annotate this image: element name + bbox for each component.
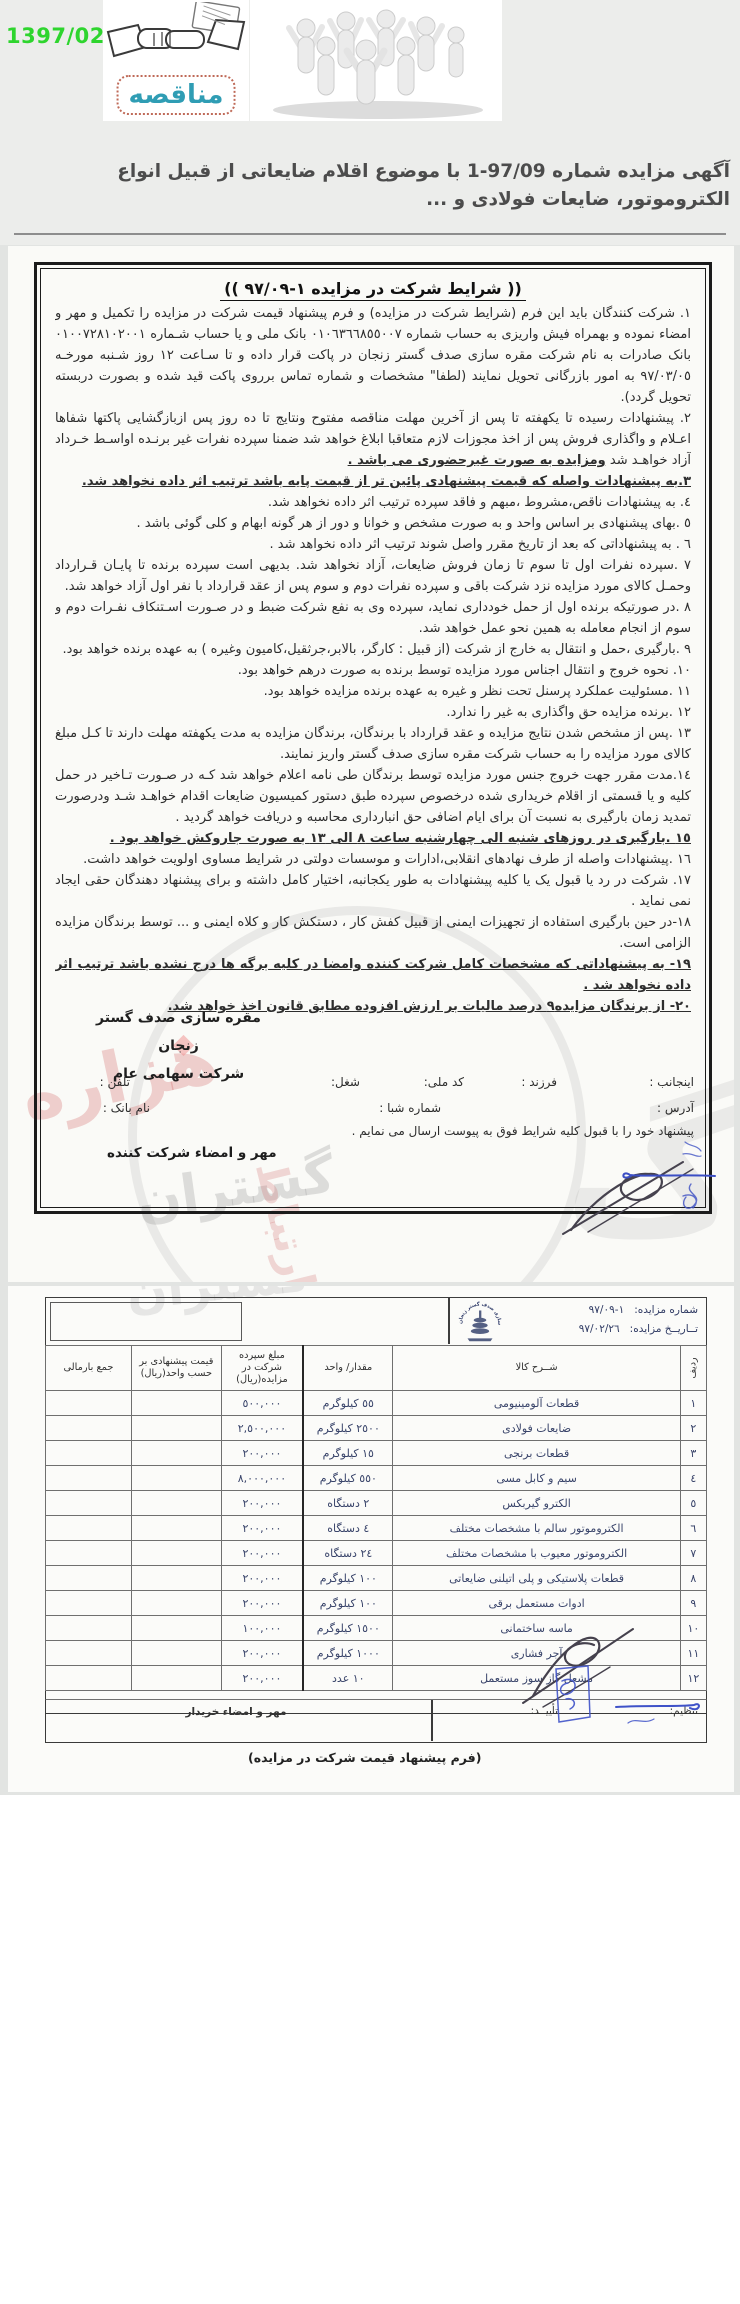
auction-date-line: تــاريــخ مزايده:٩٧/٠٢/٢٦ [579, 1320, 698, 1339]
row-number: ١ [680, 1391, 706, 1416]
clause-text: ١٧. شرکت در رد يا قبول يک يا کليه پيشنها… [55, 873, 691, 909]
divider [14, 233, 726, 235]
clause-text: ١٥ .بارگيری در روزهای شنبه الی چهارشنبه … [110, 831, 691, 846]
bid-price-cell[interactable] [131, 1566, 221, 1591]
row-number: ٥ [680, 1491, 706, 1516]
row-number: ٣ [680, 1441, 706, 1466]
item-quantity: ١٠٠٠ کيلوگرم [303, 1641, 393, 1666]
clause-15: ١٥ .بارگيری در روزهای شنبه الی چهارشنبه … [55, 828, 691, 849]
clause-text: ٩ .بارگيری ،حمل و انتقال به خارج از شرکت… [63, 642, 692, 657]
clause-text: ٦ . به پيشنهاداتی که بعد از تاريخ مقرر و… [270, 537, 692, 552]
clause-text: ١٨-در حين بارگيری استفاده از تجهيزات ايم… [55, 915, 691, 951]
row-number: ٢ [680, 1416, 706, 1441]
total-cell[interactable] [46, 1466, 132, 1491]
total-cell[interactable] [46, 1591, 132, 1616]
headline: آگهی مزايده شماره 97/09-1 با موضوع اقلام… [10, 158, 730, 214]
bid-price-cell[interactable] [131, 1541, 221, 1566]
clause-text: ٣.به پيشنهادات واصله که قيمت پيشنهادی پا… [82, 474, 691, 489]
auction-number-value: ١-٩٧/٠٩ [589, 1304, 625, 1316]
document-frame: (( شرايط شرکت در مزايده ١-٩٧/٠٩ )) ١. شر… [34, 262, 712, 1214]
footer-divider-line [431, 1700, 433, 1741]
item-deposit: ٢٠٠,٠٠٠ [221, 1541, 303, 1566]
field-address-label: آدرس : [657, 1101, 694, 1115]
clause-12: ١٢ .برنده مزايده حق واگذاری به غير را ند… [55, 702, 691, 723]
auction-number-line: شماره مزايده:١-٩٧/٠٩ [579, 1301, 698, 1320]
empty-notes-box [50, 1302, 242, 1341]
item-description: الکتروموتور سالم با مشخصات مختلف [393, 1516, 680, 1541]
row-number: ٨ [680, 1566, 706, 1591]
table-row: ٨قطعات پلاستيکی و پلی اتيلنی ضايعاتی١٠٠ … [46, 1566, 707, 1591]
clause-text: ٥ .بهای پيشنهادی بر اساس واحد و به صورت … [136, 516, 691, 531]
company-name: مقره سازی صدف گستر زنجان [91, 1004, 266, 1060]
price-form-document: گستران شرکت مقره سازی صدف گستر زنجان [8, 1286, 734, 1792]
item-deposit: ٢٠٠,٠٠٠ [221, 1441, 303, 1466]
clause-13: ١٣ .پس از مشخص شدن نتايج مزايده و عقد قر… [55, 723, 691, 765]
auction-number-label: شماره مزايده: [634, 1304, 698, 1316]
bid-price-cell[interactable] [131, 1391, 221, 1416]
clause-10: ١٠. نحوه خروج و انتقال اجناس مورد مزايده… [55, 660, 691, 681]
item-deposit: ٥٠٠,٠٠٠ [221, 1391, 303, 1416]
field-job-label: شغل: [331, 1075, 360, 1089]
clause-text: ١٣ .پس از مشخص شدن نتايج مزايده و عقد قر… [55, 726, 691, 762]
item-quantity: ٥٥ کيلوگرم [303, 1391, 393, 1416]
clause-text: ١١ .مسئوليت عملکرد پرسنل تحت نظر و غيره … [264, 684, 691, 699]
handwritten-signature [533, 1134, 733, 1244]
clause-emphasis: ومزايده به صورت غيرحضوری می باشد . [348, 453, 606, 468]
clause-text: ٧ .سپرده نفرات اول تا سوم تا زمان فروش ض… [55, 558, 691, 594]
clause-16: ١٦ .پيشنهادات واصله از طرف نهادهای انقلا… [55, 849, 691, 870]
document-title: (( شرايط شرکت در مزايده ١-٩٧/٠٩ )) [55, 279, 691, 298]
total-cell[interactable] [46, 1616, 132, 1641]
clause-1: ١. شرکت کنندگان بايد اين فرم (شرايط شرکت… [55, 303, 691, 408]
item-deposit: ٢٠٠,٠٠٠ [221, 1491, 303, 1516]
total-cell[interactable] [46, 1641, 132, 1666]
field-sheba-label: شماره شبا : [379, 1101, 441, 1115]
bid-price-cell[interactable] [131, 1441, 221, 1466]
col-description: شــرح کالا [393, 1346, 680, 1391]
item-quantity: ٢ دستگاه [303, 1491, 393, 1516]
clause-text: ٤. به پيشنهادات ناقص،مشروط ،مبهم و فاقد … [268, 495, 691, 510]
auction-date-label: تــاريــخ مزايده: [630, 1323, 698, 1335]
clause-7: ٧ .سپرده نفرات اول تا سوم تا زمان فروش ض… [55, 555, 691, 597]
row-number: ٧ [680, 1541, 706, 1566]
clause-3: ٣.به پيشنهادات واصله که قيمت پيشنهادی پا… [55, 471, 691, 492]
clause-text: ١. شرکت کنندگان بايد اين فرم (شرايط شرکت… [55, 306, 691, 405]
clause-text: ١٢ .برنده مزايده حق واگذاری به غير را ند… [446, 705, 691, 720]
tender-logo: مناقصه [103, 0, 249, 121]
form-header: شرکت مقره سازی صدف گستر زنجان شماره مزاي… [45, 1297, 707, 1345]
bid-price-cell[interactable] [131, 1616, 221, 1641]
clause-text: ١٦ .پيشنهادات واصله از طرف نهادهای انقلا… [83, 852, 691, 867]
clause-text: ١٤.مدت مقرر جهت خروج جنس مورد مزايده توس… [55, 768, 691, 825]
col-quantity: مقدار/ واحد [303, 1346, 393, 1391]
total-cell[interactable] [46, 1491, 132, 1516]
conditions-document: هزاره گستران ارتباط گ (( شرايط شرکت در م… [8, 246, 734, 1282]
bid-price-cell[interactable] [131, 1641, 221, 1666]
tender-logo-word: مناقصه [117, 75, 236, 115]
item-description: ضايعات فولادی [393, 1416, 680, 1441]
item-quantity: ٤ دستگاه [303, 1516, 393, 1541]
table-row: ٢ضايعات فولادی٢٥٠٠ کيلوگرم٢,٥٠٠,٠٠٠ [46, 1416, 707, 1441]
clause-9: ٩ .بارگيری ،حمل و انتقال به خارج از شرکت… [55, 639, 691, 660]
participant-stamp-label: مهر و امضاء شرکت کننده [107, 1145, 277, 1161]
col-row-number-label: رديف [687, 1357, 699, 1378]
clause-text: ١٠. نحوه خروج و انتقال اجناس مورد مزايده… [238, 663, 691, 678]
field-father-label: فرزند : [521, 1075, 557, 1089]
bid-price-cell[interactable] [131, 1666, 221, 1691]
clause-6: ٦ . به پيشنهاداتی که بعد از تاريخ مقرر و… [55, 534, 691, 555]
item-quantity: ١٠ عدد [303, 1666, 393, 1691]
col-total: جمع بارمالی [46, 1346, 132, 1391]
company-emblem: شرکت مقره سازی صدف گستر زنجان [456, 1298, 504, 1350]
handwritten-signature-2 [438, 1611, 718, 1761]
document-frame-inner: (( شرايط شرکت در مزايده ١-٩٧/٠٩ )) ١. شر… [40, 268, 706, 1208]
item-deposit: ٢٠٠,٠٠٠ [221, 1516, 303, 1541]
total-cell[interactable] [46, 1541, 132, 1566]
buyer-stamp-label: مهر و امضاء خريدار [136, 1706, 336, 1718]
item-description: قطعات برنجی [393, 1441, 680, 1466]
clause-19: ١٩- به پيشنهاداتی که مشخصات کامل شرکت کن… [55, 954, 691, 996]
clause-2: ٢. پيشنهادات رسيده تا يکهفته تا پس از آخ… [55, 408, 691, 471]
price-table-header: رديف شــرح کالا مقدار/ واحد مبلغ سپرده ش… [46, 1346, 707, 1391]
item-description: الکترو گيربکس [393, 1491, 680, 1516]
bid-price-cell[interactable] [131, 1416, 221, 1441]
item-deposit: ٢٠٠,٠٠٠ [221, 1566, 303, 1591]
item-description: قطعات پلاستيکی و پلی اتيلنی ضايعاتی [393, 1566, 680, 1591]
item-deposit: ٢٠٠,٠٠٠ [221, 1666, 303, 1691]
item-description: قطعات آلومينيومی [393, 1391, 680, 1416]
total-cell[interactable] [46, 1516, 132, 1541]
clause-14: ١٤.مدت مقرر جهت خروج جنس مورد مزايده توس… [55, 765, 691, 828]
bid-price-cell[interactable] [131, 1466, 221, 1491]
col-row-number: رديف [680, 1346, 706, 1391]
item-quantity: ١٠٠ کيلوگرم [303, 1591, 393, 1616]
row-number: ٦ [680, 1516, 706, 1541]
field-phone-label: تلفن : [100, 1075, 130, 1089]
total-cell[interactable] [46, 1566, 132, 1591]
handshake-icon [106, 2, 246, 74]
field-applicant-label: اينجانب : [649, 1075, 694, 1089]
col-bid-price: قيمت پيشنهادی بر حسب واحد(ريال) [131, 1346, 221, 1391]
item-deposit: ١٠٠,٠٠٠ [221, 1616, 303, 1641]
item-quantity: ١٠٠ کيلوگرم [303, 1566, 393, 1591]
clause-18: ١٨-در حين بارگيری استفاده از تجهيزات ايم… [55, 912, 691, 954]
item-deposit: ٢٠٠,٠٠٠ [221, 1641, 303, 1666]
field-national-id-label: کد ملی: [424, 1075, 464, 1089]
clause-4: ٤. به پيشنهادات ناقص،مشروط ،مبهم و فاقد … [55, 492, 691, 513]
total-cell[interactable] [46, 1416, 132, 1441]
crowd-image [250, 0, 502, 121]
item-deposit: ٢,٥٠٠,٠٠٠ [221, 1416, 303, 1441]
page: 1397/02/30 مناقصه [0, 0, 740, 2304]
item-description: سيم و کابل مسی [393, 1466, 680, 1491]
row-number: ٤ [680, 1466, 706, 1491]
crowd-figures-illustration [250, 0, 502, 121]
clause-8: ٨ .در صورتيکه برنده اول از حمل خودداری ن… [55, 597, 691, 639]
total-cell[interactable] [46, 1441, 132, 1466]
auction-date-value: ٩٧/٠٢/٢٦ [579, 1323, 620, 1335]
item-description: الکتروموتور معيوب با مشخصات مختلف [393, 1541, 680, 1566]
auction-meta: شماره مزايده:١-٩٧/٠٩ تــاريــخ مزايده:٩٧… [579, 1301, 698, 1339]
item-deposit: ٢٠٠,٠٠٠ [221, 1591, 303, 1616]
bid-price-cell[interactable] [131, 1591, 221, 1616]
clause-17: ١٧. شرکت در رد يا قبول يک يا کليه پيشنها… [55, 870, 691, 912]
col-deposit: مبلغ سپرده شرکت در مزايده(ريال) [221, 1346, 303, 1391]
table-row: ٧الکتروموتور معيوب با مشخصات مختلف٢٤ دست… [46, 1541, 707, 1566]
table-row: ٣قطعات برنجی١٥ کيلوگرم٢٠٠,٠٠٠ [46, 1441, 707, 1466]
item-quantity: ٢٤ دستگاه [303, 1541, 393, 1566]
item-quantity: ١٥ کيلوگرم [303, 1441, 393, 1466]
document-title-text: (( شرايط شرکت در مزايده ١-٩٧/٠٩ )) [220, 279, 526, 301]
table-row: ١قطعات آلومينيومی٥٥ کيلوگرم٥٠٠,٠٠٠ [46, 1391, 707, 1416]
clause-11: ١١ .مسئوليت عملکرد پرسنل تحت نظر و غيره … [55, 681, 691, 702]
clause-text: ١٩- به پيشنهاداتی که مشخصات کامل شرکت کن… [55, 957, 691, 993]
total-cell[interactable] [46, 1391, 132, 1416]
clause-5: ٥ .بهای پيشنهادی بر اساس واحد و به صورت … [55, 513, 691, 534]
clause-text: ٨ .در صورتيکه برنده اول از حمل خودداری ن… [55, 600, 691, 636]
field-bank-label: نام بانک : [103, 1101, 150, 1115]
table-row: ٦الکتروموتور سالم با مشخصات مختلف٤ دستگا… [46, 1516, 707, 1541]
clauses: ١. شرکت کنندگان بايد اين فرم (شرايط شرکت… [55, 303, 691, 1015]
header-divider-line [448, 1298, 450, 1344]
bid-price-cell[interactable] [131, 1516, 221, 1541]
table-row: ٤سيم و کابل مسی٥٥٠ کيلوگرم٨,٠٠٠,٠٠٠ [46, 1466, 707, 1491]
item-quantity: ١٥٠٠ کيلوگرم [303, 1616, 393, 1641]
bid-price-cell[interactable] [131, 1491, 221, 1516]
header-row: رديف شــرح کالا مقدار/ واحد مبلغ سپرده ش… [46, 1346, 707, 1391]
total-cell[interactable] [46, 1666, 132, 1691]
item-quantity: ٢٥٠٠ کيلوگرم [303, 1416, 393, 1441]
table-row: ٥الکترو گيربکس٢ دستگاه٢٠٠,٠٠٠ [46, 1491, 707, 1516]
item-deposit: ٨,٠٠٠,٠٠٠ [221, 1466, 303, 1491]
item-quantity: ٥٥٠ کيلوگرم [303, 1466, 393, 1491]
